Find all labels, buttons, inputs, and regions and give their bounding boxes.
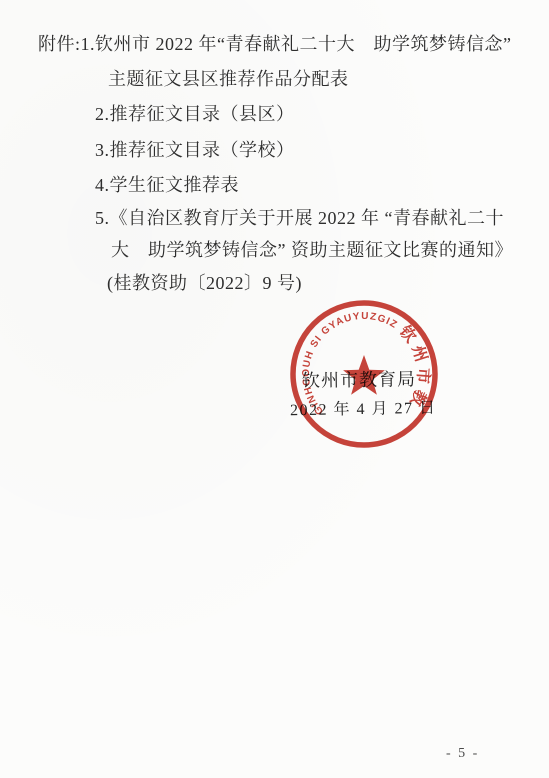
attachment-line-1-cont: 主题征文县区推荐作品分配表 bbox=[108, 65, 349, 91]
attachment-line-5: 5.《自治区教育厅关于开展 2022 年 “青春献礼二十 bbox=[95, 204, 504, 230]
attachment-heading-line: 附件:1.钦州市 2022 年“青春献礼二十大 助学筑梦铸信念” bbox=[38, 30, 511, 56]
seal-latin-text: GINHCOUH SI GYAUYUZGIZ bbox=[301, 311, 400, 417]
attachment-line-5-cont: 大 助学筑梦铸信念” 资助主题征文比赛的通知》 bbox=[111, 236, 513, 262]
page-number: - 5 - bbox=[446, 746, 479, 762]
attachment-line-4: 4.学生征文推荐表 bbox=[95, 171, 239, 197]
attachment-line-3: 3.推荐征文目录（学校） bbox=[95, 136, 295, 162]
attachment-line-5-docno: (桂教资助〔2022〕9 号) bbox=[107, 269, 302, 295]
seal-chinese-text: 钦州市教育局 bbox=[268, 293, 434, 413]
attachment-line-2: 2.推荐征文目录（县区） bbox=[95, 100, 295, 126]
seal-star-icon bbox=[343, 355, 385, 395]
document-page: 附件:1.钦州市 2022 年“青春献礼二十大 助学筑梦铸信念” 主题征文县区推… bbox=[0, 0, 549, 778]
official-seal: GINHCOUH SI GYAUYUZGIZ 钦州市教育局 bbox=[268, 293, 468, 463]
